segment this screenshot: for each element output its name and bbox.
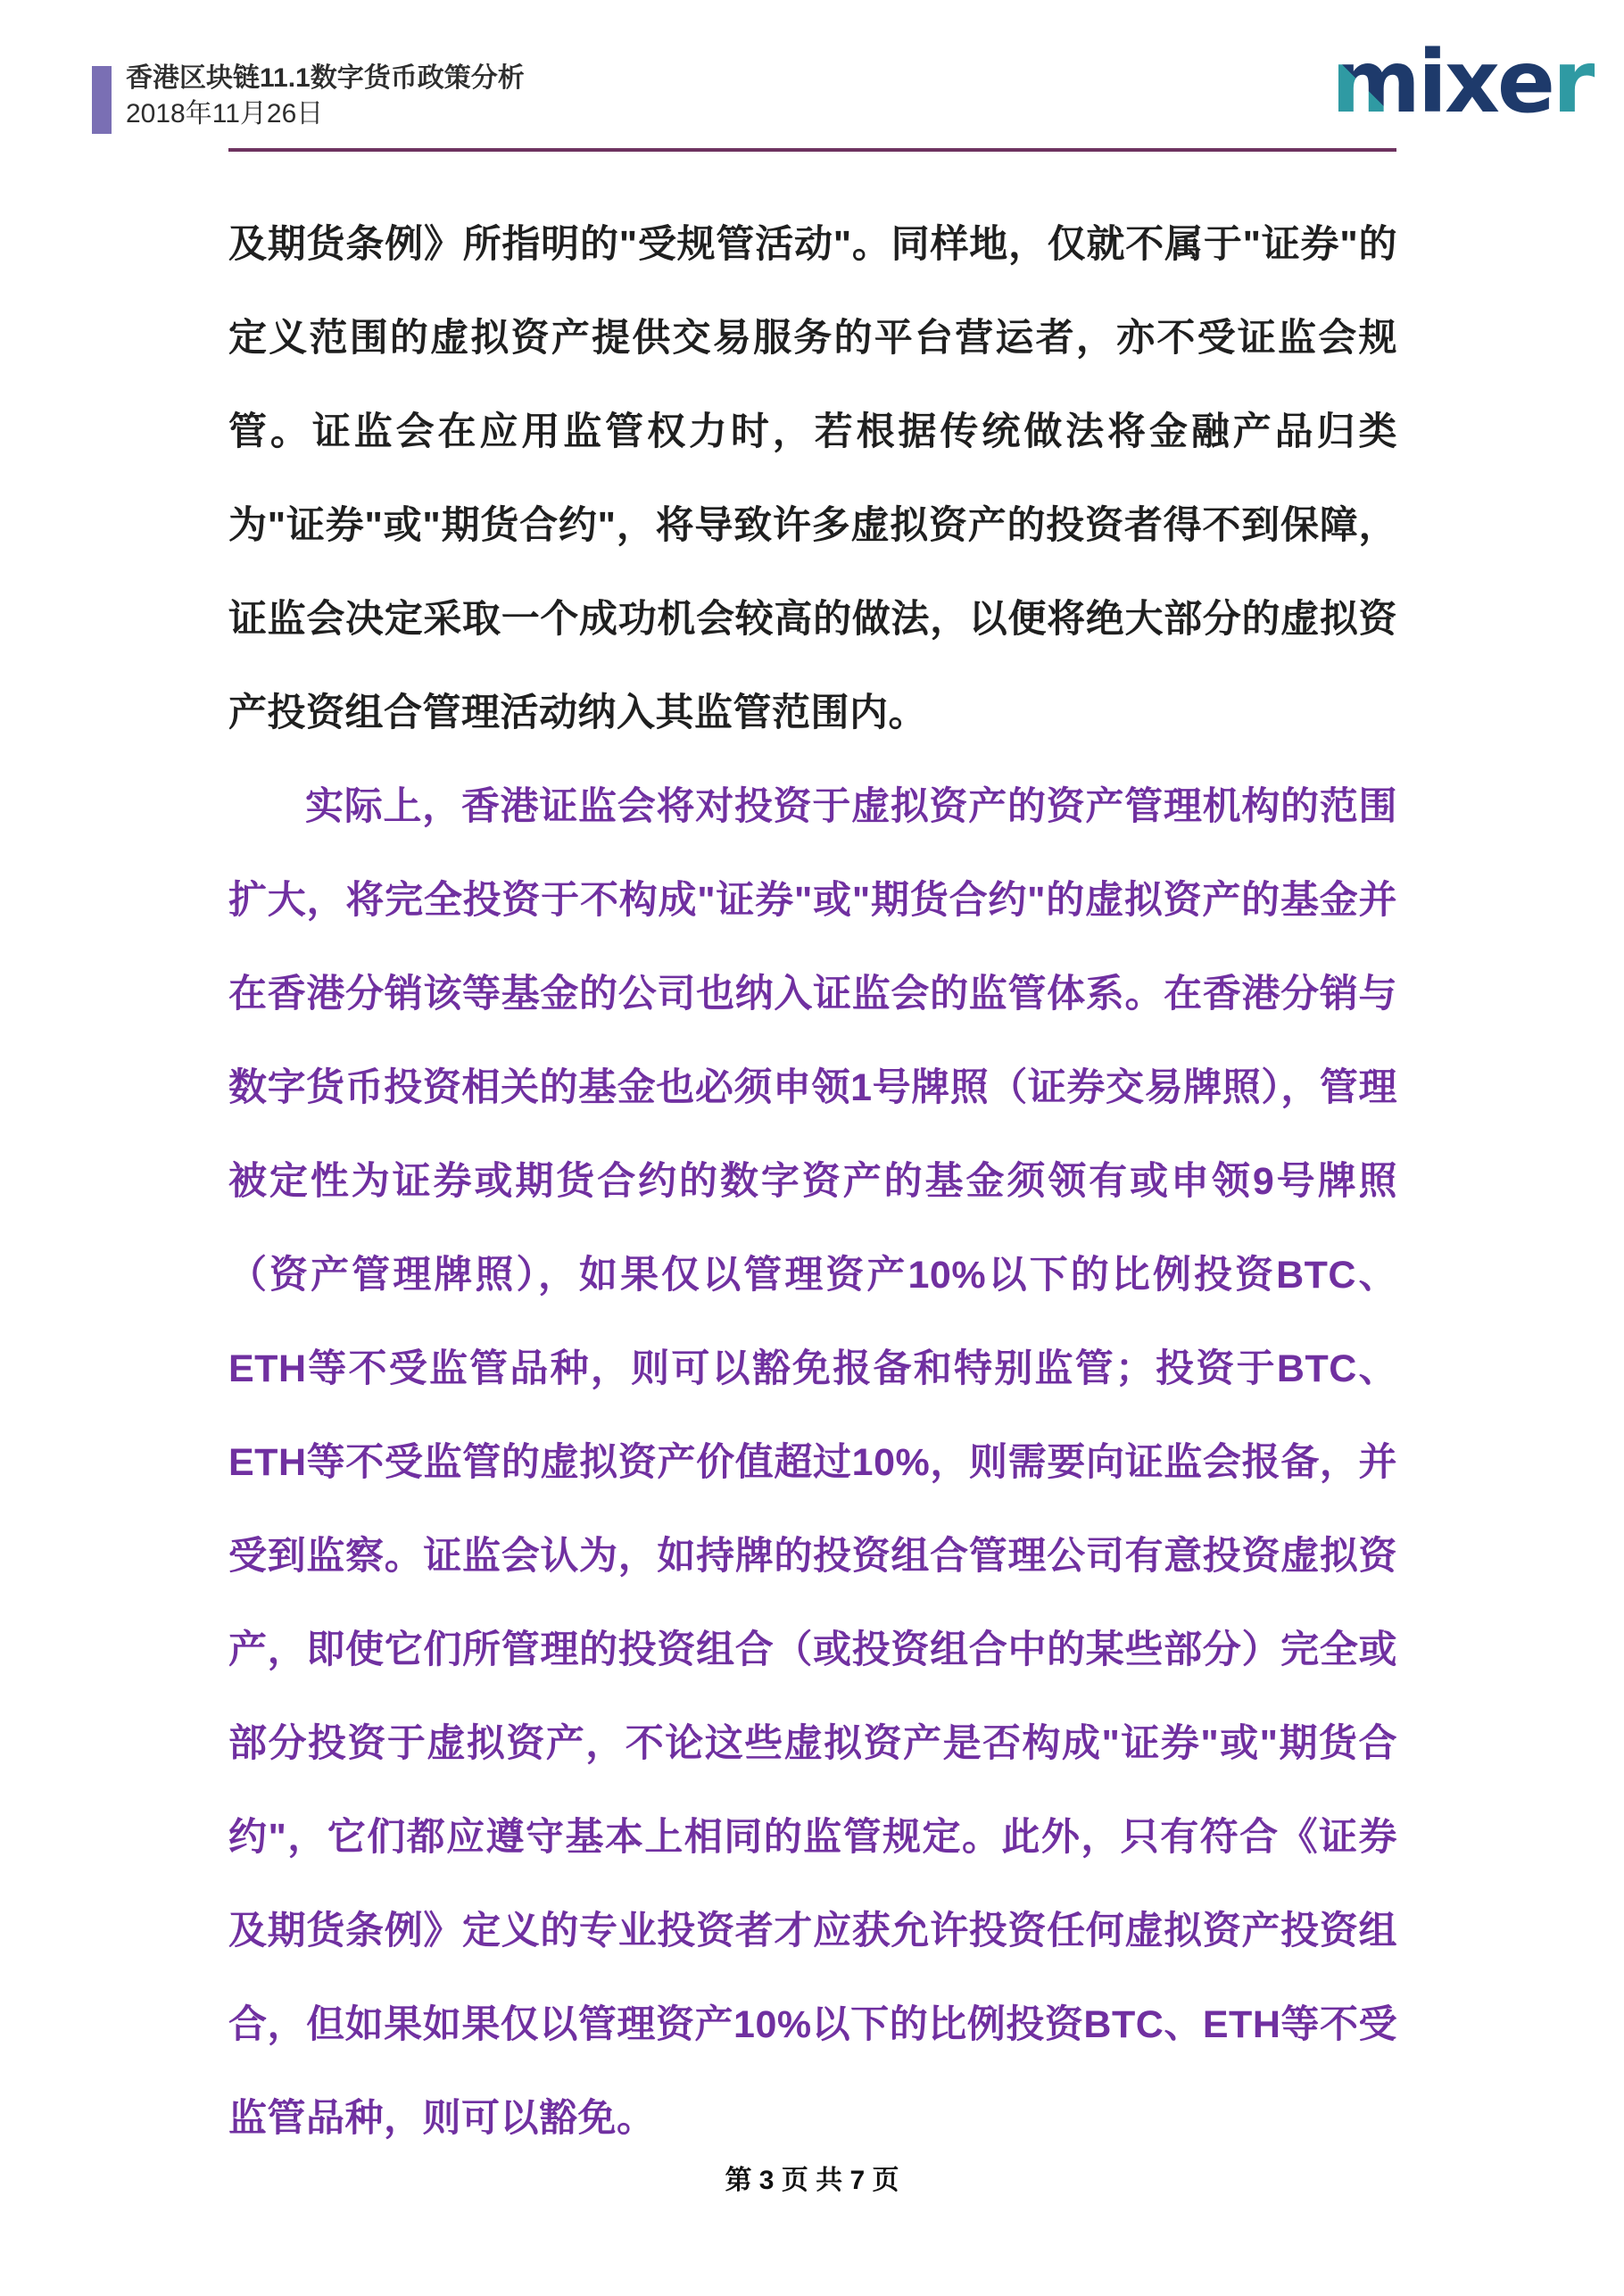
logo-letter-r: r [1553,32,1592,132]
logo-letter-m: m [1331,32,1418,132]
header-divider-line [228,148,1396,152]
logo-letters-ixe: ixe [1418,32,1553,132]
paragraph-sfc-scope-expansion: 实际上，香港证监会将对投资于虚拟资产的资产管理机构的范围扩大，将完全投资于不构成… [228,760,1397,2166]
page-date: 2018年11月26日 [126,96,525,132]
page-number-indicator: 第 3 页 共 7 页 [0,2158,1624,2197]
paragraph-regulated-activities: 及期货条例》所指明的"受规管活动"。同样地，仅就不属于"证券"的定义范围的虚拟资… [228,198,1397,760]
document-page: 香港区块链11.1数字货币政策分析 2018年11月26日 mixer 及期货条… [0,0,1624,2296]
header-accent-bar [92,66,112,134]
header-block: 香港区块链11.1数字货币政策分析 2018年11月26日 [126,61,525,132]
page-title: 香港区块链11.1数字货币政策分析 [126,61,525,96]
mixer-logo: mixer [1331,37,1592,127]
document-body: 及期货条例》所指明的"受规管活动"。同样地，仅就不属于"证券"的定义范围的虚拟资… [228,198,1397,2166]
